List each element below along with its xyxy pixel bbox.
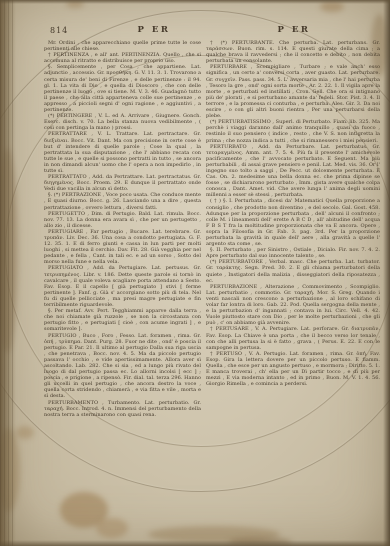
running-head-right: P ER — [244, 25, 344, 35]
running-head-left: P ER — [104, 25, 204, 35]
page-edge-right — [383, 0, 390, 546]
dictionary-entry: † (*) PERTURBANTE. Che perturba. Lat. pe… — [206, 40, 380, 64]
dictionary-entry: ( † ) §. I. Perturbata , dicesi da' Mate… — [206, 198, 380, 247]
dictionary-entry: PERTUGETTO , Dim. di Pertugio. Bald. Lat… — [44, 211, 201, 229]
dictionary-entry: §. Per metaf. Avv. Pert. Tegghiammi appa… — [44, 308, 201, 332]
dictionary-entry: † PERTUSO , V. A. Pertugio. Lat. foramen… — [206, 351, 380, 388]
dictionary-column-left: Mr. Ordini , che apparecchiano quelle pr… — [44, 40, 201, 418]
dictionary-entry: (*) PERTURBATORE , Verbal. masc. Che per… — [206, 259, 380, 283]
foxing-stain — [16, 426, 34, 439]
dictionary-entry: PERTRATTARE , V. L. Trattare. Lat. pertr… — [44, 131, 201, 174]
dictionary-entry: PERTURBAZIONE , Alterazione , Commovimen… — [206, 284, 380, 327]
binding-gutter-edge — [0, 0, 16, 546]
page-number: 814 — [50, 26, 68, 35]
dictionary-entry: Mr. Ordini , che apparecchiano quelle pr… — [44, 40, 201, 52]
dictionary-column-right: † (*) PERTURBANTE. Che perturba. Lat. pe… — [206, 40, 380, 387]
book-page-scan: 814 P ER P ER Mr. Ordini , che apparecch… — [0, 0, 390, 546]
dictionary-entry: PERTUGIATO , Add. da Pertugiare. Lat. pe… — [44, 265, 201, 308]
dictionary-entry: † PERTUSARE , V. A. Pertugiare. Lat. per… — [206, 326, 380, 350]
dictionary-entry: PERTURBATO , Add. da Perturbare. Lat. pe… — [206, 144, 380, 199]
dictionary-entry: PERTURBAMENTO , Turbamento. Lat. perturb… — [44, 400, 201, 418]
dictionary-entry: §. (*) PERTRAZIONE , Voce poco usata. Ch… — [44, 192, 201, 210]
page-edge-top — [0, 0, 390, 4]
dictionary-entry: † PERTINENZA , e all' ant. PERTINENZIA. … — [44, 52, 201, 64]
dictionary-entry: (*) PERTINGERE , V. L. ed A. Arrivare , … — [44, 113, 201, 131]
foxing-stain — [96, 518, 128, 538]
dictionary-entry: §. Semplicemente , per Cosa , che appart… — [44, 64, 201, 113]
dictionary-entry: PERTURBARE , Scompigliare , Turbare ; e … — [206, 64, 380, 119]
dictionary-entry: PERTUGIARE , Far pertugio , Bucare. Lat.… — [44, 229, 201, 266]
dictionary-entry: (*) PERTURBATISSIMO , Superl. di Perturb… — [206, 119, 380, 143]
dictionary-entry: PERTRATTATO , Add. da Pertrattare. Lat. … — [44, 174, 201, 192]
foxing-stain — [60, 492, 108, 528]
dictionary-entry: §. II. Perturbato , per Sinistro , Ostia… — [206, 247, 380, 259]
page-edge-bottom — [0, 540, 390, 546]
dictionary-entry: PERTUGIO , Buco , Foro , Fesso. Lat. for… — [44, 333, 201, 400]
